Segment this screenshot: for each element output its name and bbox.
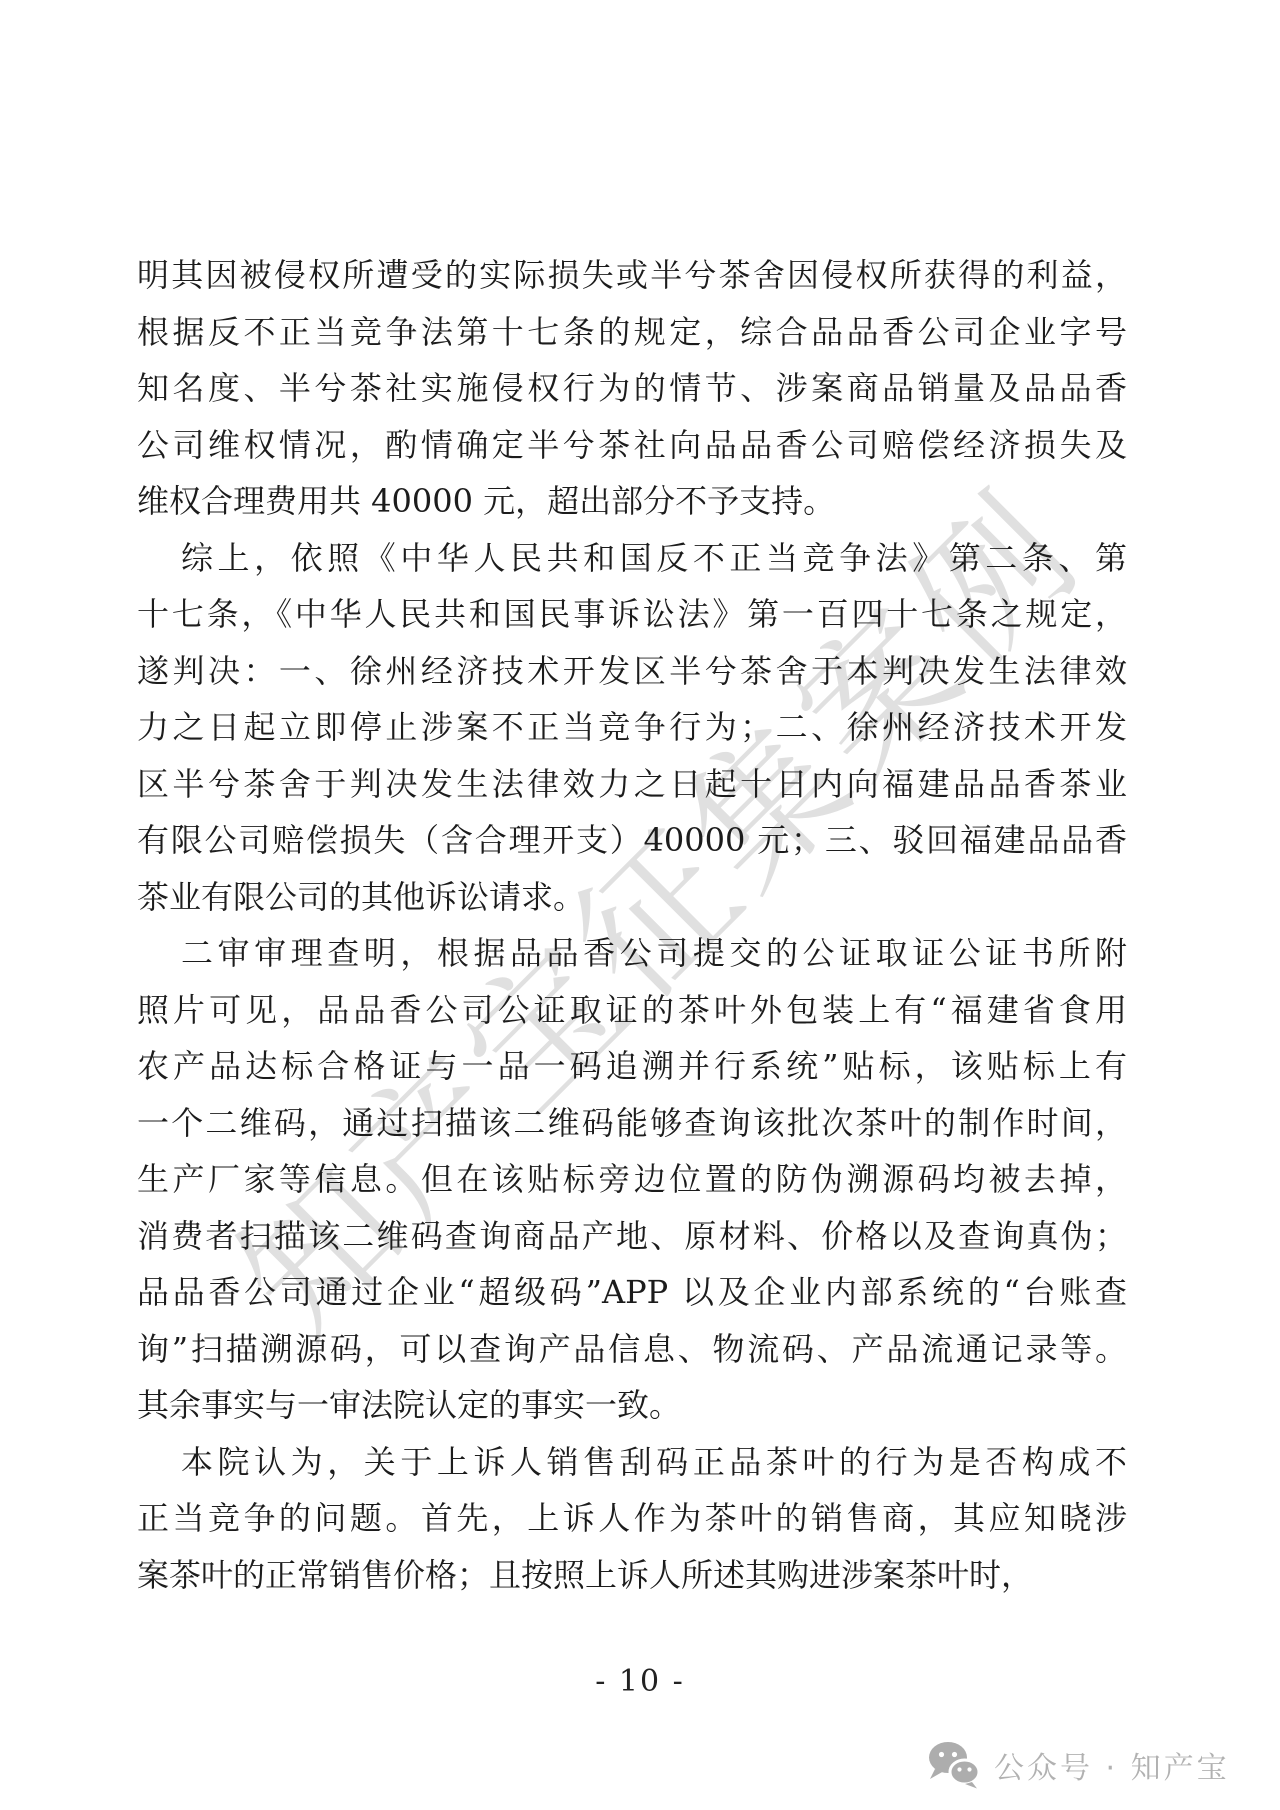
- text-line: 明其因被侵权所遭受的实际损失或半兮茶舍因侵权所获得的利益，: [137, 247, 1127, 304]
- text-line: 有限公司赔偿损失（含合理开支）40000 元；三、驳回福建品品香: [137, 812, 1127, 869]
- text-line: 案茶叶的正常销售价格；且按照上诉人所述其购进涉案茶叶时，: [137, 1547, 1127, 1604]
- judgment-text: 明其因被侵权所遭受的实际损失或半兮茶舍因侵权所获得的利益， 根据反不正当竞争法第…: [137, 247, 1127, 1603]
- text-line: 照片可见，品品香公司公证取证的茶叶外包装上有“福建省食用: [137, 982, 1127, 1039]
- text-line: 询”扫描溯源码，可以查询产品信息、物流码、产品流通记录等。: [137, 1321, 1127, 1378]
- text-line: 农产品达标合格证与一品一码追溯并行系统”贴标，该贴标上有: [137, 1038, 1127, 1095]
- text-line: 遂判决：一、徐州经济技术开发区半兮茶舍于本判决发生法律效: [137, 643, 1127, 700]
- text-line: 消费者扫描该二维码查询商品产地、原材料、价格以及查询真伪；: [137, 1208, 1127, 1265]
- text-line: 本院认为，关于上诉人销售刮码正品茶叶的行为是否构成不: [137, 1434, 1127, 1491]
- wechat-account-label: 公众号 · 知产宝: [994, 1743, 1230, 1787]
- text-line: 维权合理费用共 40000 元，超出部分不予支持。: [137, 473, 1127, 530]
- text-line: 茶业有限公司的其他诉讼请求。: [137, 869, 1127, 926]
- text-line: 二审审理查明，根据品品香公司提交的公证取证公证书所附: [137, 925, 1127, 982]
- text-line: 综上，依照《中华人民共和国反不正当竞争法》第二条、第: [137, 530, 1127, 587]
- text-line: 其余事实与一审法院认定的事实一致。: [137, 1377, 1127, 1434]
- page-number: - 10 -: [0, 1664, 1280, 1699]
- text-line: 区半兮茶舍于判决发生法律效力之日起十日内向福建品品香茶业: [137, 756, 1127, 813]
- text-line: 品品香公司通过企业“超级码”APP 以及企业内部系统的“台账查: [137, 1264, 1127, 1321]
- text-line: 根据反不正当竞争法第十七条的规定，综合品品香公司企业字号: [137, 304, 1127, 361]
- text-line: 生产厂家等信息。但在该贴标旁边位置的防伪溯源码均被去掉，: [137, 1151, 1127, 1208]
- text-line: 力之日起立即停止涉案不正当竞争行为；二、徐州经济技术开发: [137, 699, 1127, 756]
- text-line: 知名度、半兮茶社实施侵权行为的情节、涉案商品销量及品品香: [137, 360, 1127, 417]
- text-line: 正当竞争的问题。首先，上诉人作为茶叶的销售商，其应知晓涉: [137, 1490, 1127, 1547]
- text-line: 十七条，《中华人民共和国民事诉讼法》第一百四十七条之规定，: [137, 586, 1127, 643]
- text-line: 一个二维码，通过扫描该二维码能够查询该批次茶叶的制作时间，: [137, 1095, 1127, 1152]
- document-page: 知产宝征集案例 明其因被侵权所遭受的实际损失或半兮茶舍因侵权所获得的利益， 根据…: [0, 0, 1280, 1810]
- text-line: 公司维权情况，酌情确定半兮茶社向品品香公司赔偿经济损失及: [137, 417, 1127, 474]
- wechat-footer: 公众号 · 知产宝: [928, 1738, 1230, 1792]
- wechat-icon: [928, 1741, 980, 1789]
